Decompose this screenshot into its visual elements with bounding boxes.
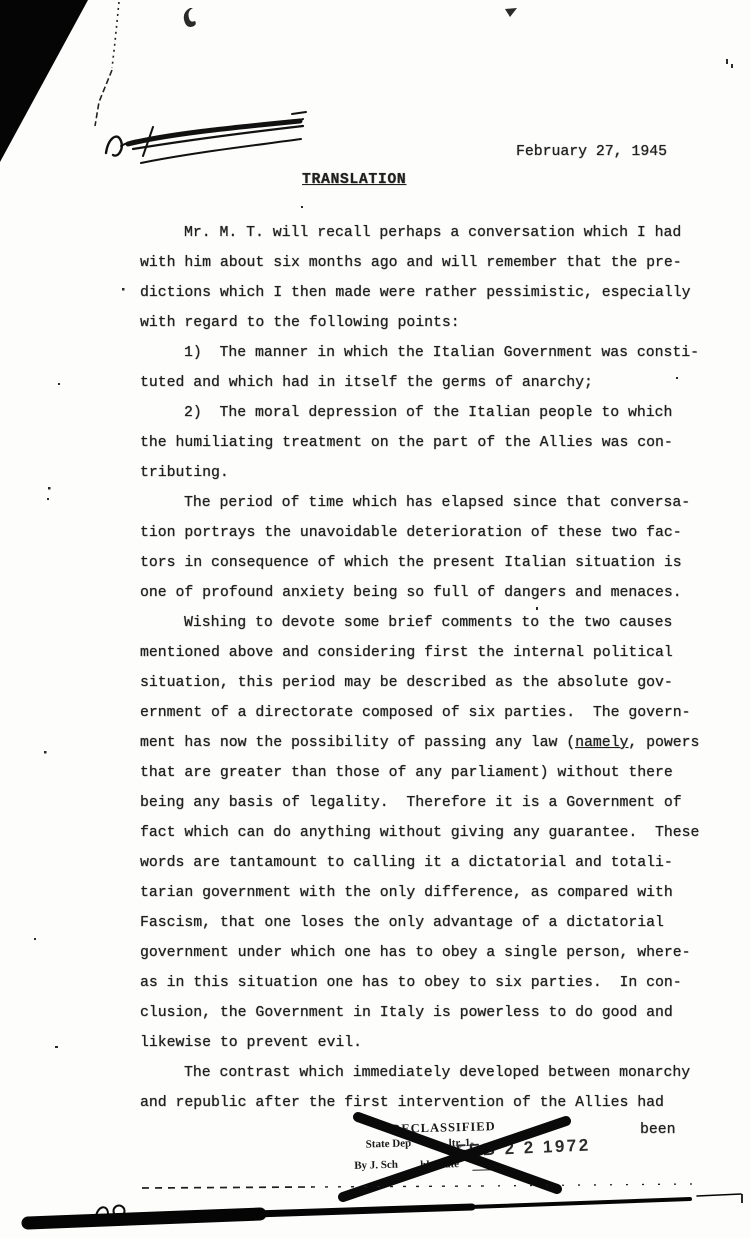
- body-line: tarian government with the only differen…: [140, 878, 699, 908]
- body-line: being any basis of legality. Therefore i…: [140, 788, 699, 818]
- body-text: Mr. M. T. will recall perhaps a conversa…: [140, 218, 699, 1118]
- body-line: 1) The manner in which the Italian Gover…: [140, 338, 699, 368]
- body-line: words are tantamount to calling it a dic…: [140, 848, 699, 878]
- stamp-declassified-label: DECLASSIFIED: [391, 1119, 496, 1137]
- body-line: with him about six months ago and will r…: [140, 248, 699, 278]
- bottom-handwriting-scribble: [70, 1206, 125, 1221]
- body-line: mentioned above and considering first th…: [140, 638, 699, 668]
- page-corner-fold-shadow: [0, 0, 88, 162]
- body-line: Mr. M. T. will recall perhaps a conversa…: [140, 218, 699, 248]
- body-line: tuted and which had in itself the germs …: [140, 368, 699, 398]
- body-line: dictions which I then made were rather p…: [140, 278, 699, 308]
- body-line: tributing.: [140, 458, 699, 488]
- body-line: likewise to prevent evil.: [140, 1028, 699, 1058]
- ink-speck: [505, 8, 517, 17]
- document-title: TRANSLATION: [302, 172, 406, 188]
- stamp-date-underscore: [472, 1169, 512, 1171]
- body-line: ment has now the possibility of passing …: [140, 728, 699, 758]
- body-line: Wishing to devote some brief comments to…: [140, 608, 699, 638]
- body-line: The period of time which has elapsed sin…: [140, 488, 699, 518]
- body-line: Fascism, that one loses the only advanta…: [140, 908, 699, 938]
- stamp-by-label: By J. Sch: [354, 1159, 398, 1172]
- body-line: fact which can do anything without givin…: [140, 818, 699, 848]
- body-line: ernment of a directorate composed of six…: [140, 698, 699, 728]
- scan-edge-band: [28, 1194, 741, 1223]
- stamp-authority-left: State Dep: [366, 1137, 412, 1150]
- continuation-word: been: [640, 1122, 676, 1138]
- body-line: that are greater than those of any parli…: [140, 758, 699, 788]
- body-line: The contrast which immediately developed…: [140, 1058, 699, 1088]
- fold-crease-line-lower: [95, 70, 112, 126]
- body-line: tors in consequence of which the present…: [140, 548, 699, 578]
- stamp-date-label: ble Date: [420, 1158, 459, 1171]
- crossed-out-handwriting: [106, 112, 306, 163]
- ink-smudge: [184, 8, 196, 27]
- declassification-stamp: DECLASSIFIED State Dep ltr, 1- By J. Sch…: [343, 1111, 585, 1197]
- body-line: as in this situation one has to obey to …: [140, 968, 699, 998]
- stamp-date-value: FEB 2 2 1972: [456, 1136, 592, 1162]
- body-line: the humiliating treatment on the part of…: [140, 428, 699, 458]
- body-line: and republic after the first interventio…: [140, 1088, 699, 1118]
- scanned-document-page: February 27, 1945 TRANSLATION Mr. M. T. …: [0, 0, 750, 1238]
- body-line: one of profound anxiety being so full of…: [140, 578, 699, 608]
- body-line: situation, this period may be described …: [140, 668, 699, 698]
- body-line: government under which one has to obey a…: [140, 938, 699, 968]
- body-line: clusion, the Government in Italy is powe…: [140, 998, 699, 1028]
- body-line: tion portrays the unavoidable deteriorat…: [140, 518, 699, 548]
- body-line: with regard to the following points:: [140, 308, 699, 338]
- fold-crease-line: [112, 2, 119, 68]
- document-date: February 27, 1945: [516, 144, 667, 160]
- body-line: 2) The moral depression of the Italian p…: [140, 398, 699, 428]
